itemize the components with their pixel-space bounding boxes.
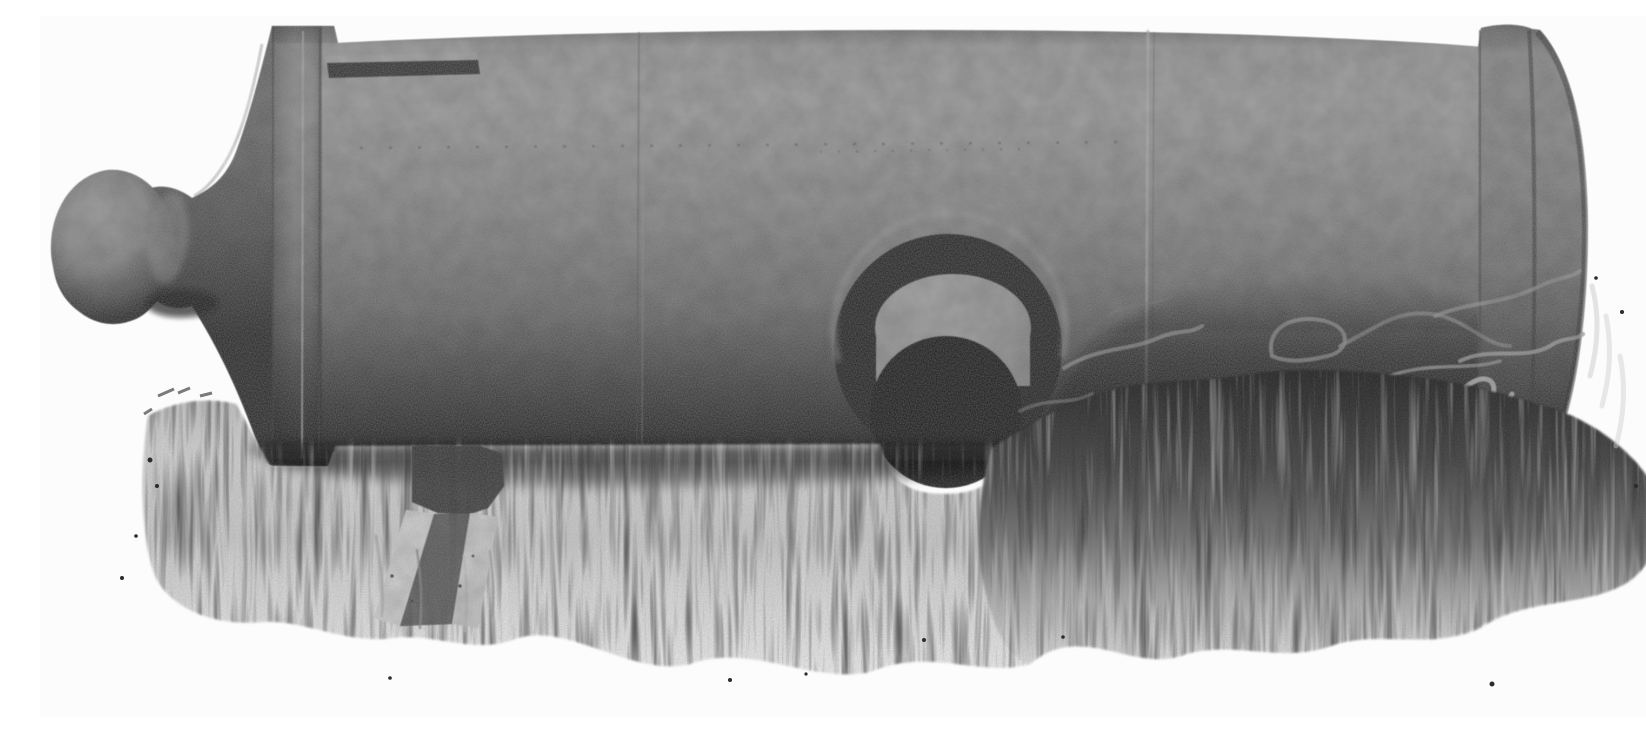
- cannon-scene: Halftone photograph of an old cannon bar…: [40, 16, 1646, 718]
- breech-block-shade: [272, 26, 338, 43]
- cascabel-neck-shadow: [146, 289, 218, 317]
- skid-block: [412, 446, 504, 514]
- breech-seam-dark: [319, 28, 320, 456]
- vent-slot-light-patch: [338, 40, 470, 57]
- halftone-photo: Halftone photograph of an old cannon bar…: [40, 16, 1646, 718]
- breech-ring: [272, 26, 322, 466]
- breech-seam-light: [302, 31, 303, 458]
